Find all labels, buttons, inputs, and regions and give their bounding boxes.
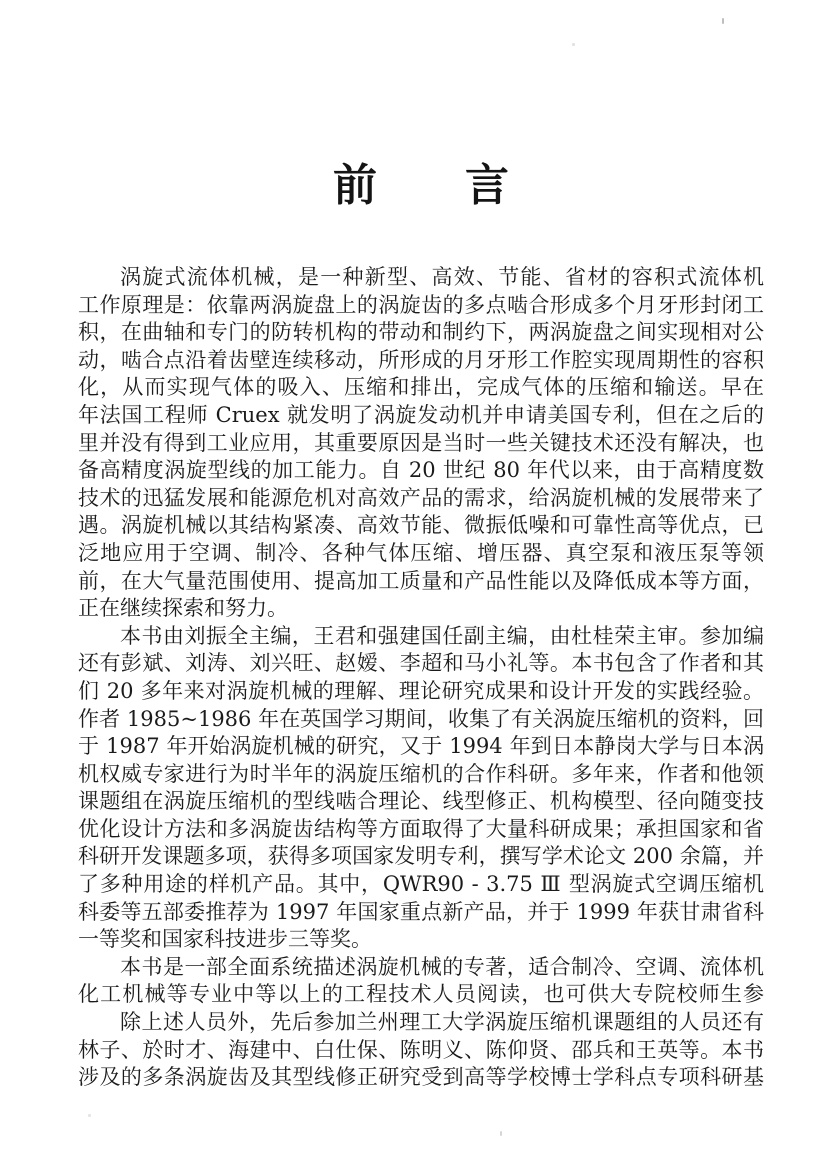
text-line: 一等奖和国家科技进步三等奖。	[78, 926, 764, 954]
preface-body: 涡旋式流体机械，是一种新型、高效、节能、省材的容积式流体机械。其工作原理是：依靠…	[78, 264, 764, 1092]
text-line: 前，在大气量范围使用、提高加工质量和产品性能以及降低成本等方面，人们	[78, 568, 764, 596]
text-line: 于 1987 年开始涡旋机械的研究，又于 1994 年到日本静岗大学与日本涡旋压…	[78, 733, 764, 761]
text-line: 科委等五部委推荐为 1997 年国家重点新产品，并于 1999 年获甘肃省科技进…	[78, 899, 764, 927]
text-line: 里并没有得到工业应用，其重要原因是当时一些关键技术还没有解决，也不具	[78, 430, 764, 458]
text-line: 正在继续探索和努力。	[78, 595, 764, 623]
text-line: 课题组在涡旋压缩机的型线啮合理论、线型修正、机构模型、径向随变技术、	[78, 788, 764, 816]
scan-speck	[722, 18, 724, 24]
text-line: 了多种用途的样机产品。其中，QWR90 - 3.75 Ⅲ 型涡旋式空调压缩机被国…	[78, 871, 764, 899]
text-line: 泛地应用于空调、制冷、各种气体压缩、增压器、真空泵和液压泵等领域。目	[78, 540, 764, 568]
page-title: 前 言	[78, 158, 764, 213]
preface-page: 前 言 涡旋式流体机械，是一种新型、高效、节能、省材的容积式流体机械。其工作原理…	[0, 0, 827, 1169]
text-line: 技术的迅猛发展和能源危机对高效产品的需求，给涡旋机械的发展带来了机	[78, 485, 764, 513]
scan-speck	[572, 43, 575, 46]
text-line: 机权威专家进行为时半年的涡旋压缩机的合作科研。多年来，作者和他领导的	[78, 761, 764, 789]
scan-speck	[88, 1114, 91, 1117]
text-line: 遇。涡旋机械以其结构紧凑、高效节能、微振低噪和可靠性高等优点，已被广	[78, 512, 764, 540]
text-line: 们 20 多年来对涡旋机械的理解、理论研究成果和设计开发的实践经验。主要	[78, 678, 764, 706]
text-line: 积，在曲轴和专门的防转机构的带动和制约下，两涡旋盘之间实现相对公转平	[78, 319, 764, 347]
text-line: 还有彭斌、刘涛、刘兴旺、赵嫒、李超和马小礼等。本书包含了作者和其同伴	[78, 650, 764, 678]
text-line: 林子、於时才、海建中、白仕保、陈明义、陈仰贤、邵兵和王英等。本书中所	[78, 1037, 764, 1065]
scan-speck	[500, 1131, 502, 1136]
text-line: 化，从而实现气体的吸入、压缩和排出，完成气体的压缩和输送。早在 1905	[78, 374, 764, 402]
text-line: 工作原理是：依靠两涡旋盘上的涡旋齿的多点啮合形成多个月牙形封闭工作容	[78, 292, 764, 320]
text-line: 涡旋式流体机械，是一种新型、高效、节能、省材的容积式流体机械。其	[78, 264, 764, 292]
text-line: 除上述人员外，先后参加兰州理工大学涡旋压缩机课题组的人员还有欧阳	[78, 1009, 764, 1037]
text-line: 本书是一部全面系统描述涡旋机械的专著，适合制冷、空调、流体机械及	[78, 954, 764, 982]
text-line: 科研开发课题多项，获得多项国家发明专利，撰写学术论文 200 余篇，并研制	[78, 843, 764, 871]
text-line: 本书由刘振全主编，王君和强建国任副主编，由杜桂荣主审。参加编写的	[78, 623, 764, 651]
text-line: 化工机械等专业中等以上的工程技术人员阅读，也可供大专院校师生参考。	[78, 981, 764, 1009]
text-line: 备高精度涡旋型线的加工能力。自 20 世纪 80 年代以来，由于高精度数控加工	[78, 457, 764, 485]
text-line: 年法国工程师 Cruex 就发明了涡旋发动机并申请美国专利，但在之后的 70 年	[78, 402, 764, 430]
text-line: 作者 1985~1986 年在英国学习期间，收集了有关涡旋压缩机的资料，回国后	[78, 706, 764, 734]
text-line: 涉及的多条涡旋齿及其型线修正研究受到高等学校博士学科点专项科研基金项	[78, 1064, 764, 1092]
text-line: 优化设计方法和多涡旋齿结构等方面取得了大量科研成果；承担国家和省部级	[78, 816, 764, 844]
text-line: 动，啮合点沿着齿壁连续移动，所形成的月牙形工作腔实现周期性的容积变	[78, 347, 764, 375]
